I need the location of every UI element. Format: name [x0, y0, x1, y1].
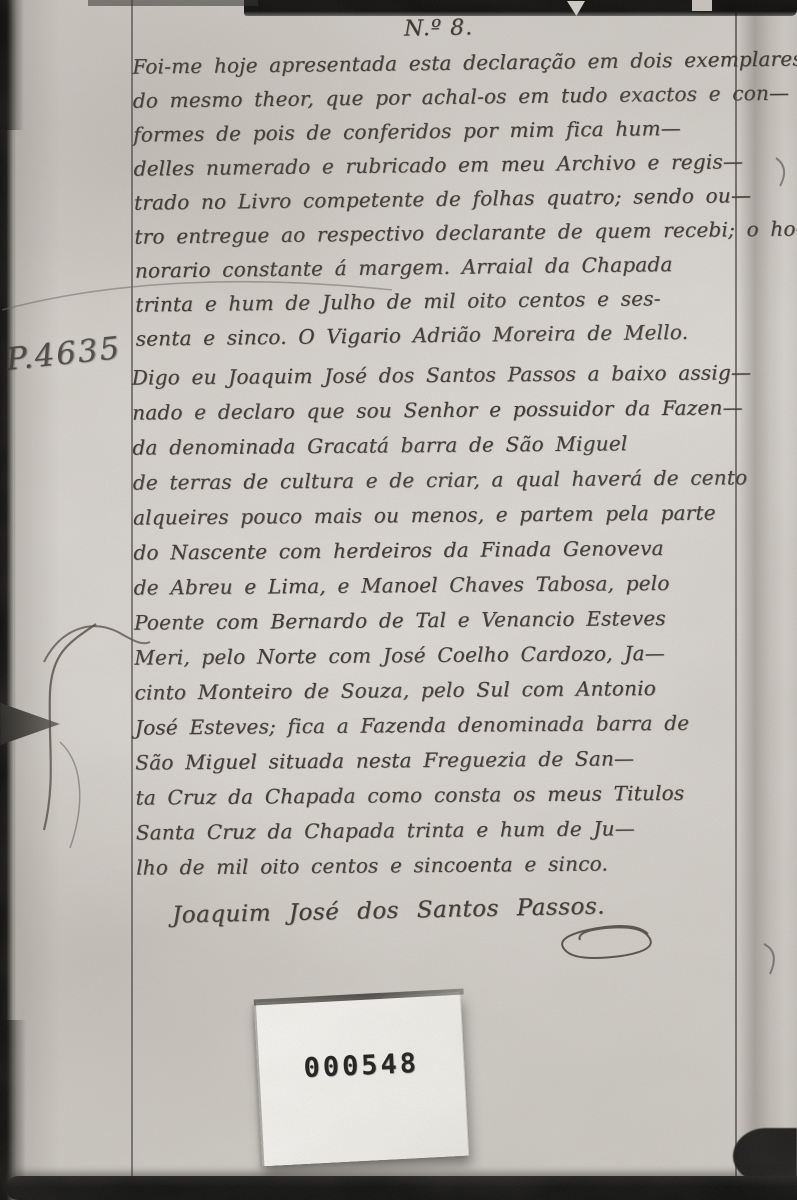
manuscript-line: ta Cruz da Chapada como consta os meus T… — [135, 775, 741, 815]
stamp-number: 000548 — [303, 1048, 420, 1084]
binding-shadow-top-thin — [88, 0, 258, 6]
manuscript-line: nado e declaro que sou Senhor e possuido… — [132, 390, 738, 430]
left-margin-rule-line — [131, 0, 133, 1200]
manuscript-line: alqueires pouco mais ou menos, e partem … — [133, 495, 739, 535]
bottom-right-shadow-blob — [733, 1128, 797, 1182]
manuscript-line: Poente com Bernardo de Tal e Venancio Es… — [134, 600, 740, 640]
manuscript-line: São Miguel situada nesta Freguezia de Sa… — [135, 740, 741, 780]
declaration-paragraph: Digo eu Joaquim José dos Santos Passos a… — [132, 355, 743, 885]
manuscript-line: José Esteves; fica a Fazenda denominada … — [135, 705, 741, 745]
manuscript-line: cinto Monteiro de Souza, pelo Sul com An… — [134, 670, 740, 710]
binding-shadow-bottom — [6, 1176, 797, 1200]
manuscript-line: lho de mil oito centos e sincoenta e sin… — [136, 845, 742, 885]
right-page-curl-shading — [737, 0, 797, 1200]
archive-number-label: 000548 — [254, 992, 469, 1167]
document-number-heading: N.º 8. — [404, 15, 474, 41]
manuscript-line: Santa Cruz da Chapada trinta e hum de Ju… — [136, 810, 742, 850]
manuscript-line: de Abreu e Lima, e Manoel Chaves Tabosa,… — [134, 565, 740, 605]
manuscript-line: Digo eu Joaquim José dos Santos Passos a… — [132, 355, 738, 395]
binding-edge-bottom-corner — [0, 1020, 26, 1200]
registrar-note-paragraph: Foi-me hoje apresentada esta declaração … — [132, 42, 742, 355]
manuscript-line: do Nascente com herdeiros da Finada Geno… — [133, 530, 739, 570]
manuscript-line: de terras de cultura e de criar, a qual … — [133, 460, 739, 500]
top-band-gap — [692, 0, 712, 11]
manuscript-line: Meri, pelo Norte com José Coelho Cardozo… — [134, 635, 740, 675]
binding-shadow-top — [244, 0, 797, 16]
manuscript-line: da denominada Gracatá barra de São Migue… — [132, 425, 738, 465]
binding-edge-top-corner — [0, 0, 24, 130]
scanned-document-page: N.º 8. Foi-me hoje apresentada esta decl… — [0, 0, 797, 1200]
